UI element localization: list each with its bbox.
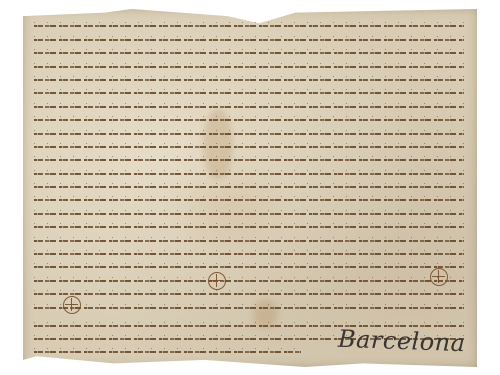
manuscript-text-block (34, 14, 464, 353)
text-line (34, 240, 464, 242)
text-line (34, 266, 464, 268)
barcelona-signature: Barcelona (338, 325, 466, 357)
text-line (34, 106, 464, 108)
text-line (34, 351, 301, 353)
text-line (34, 280, 464, 282)
text-line (34, 146, 464, 148)
text-line (34, 213, 464, 215)
signum-mark-icon (430, 268, 448, 286)
text-line (34, 253, 464, 255)
text-line (34, 226, 464, 228)
text-line (34, 159, 464, 161)
text-line (34, 52, 464, 54)
text-line (34, 186, 464, 188)
text-line (34, 25, 464, 27)
text-line (34, 66, 464, 68)
text-line (34, 119, 464, 121)
text-line (34, 293, 464, 295)
text-line (34, 199, 464, 201)
text-line (34, 92, 464, 94)
signum-mark-icon (63, 296, 81, 314)
text-line (34, 39, 464, 41)
text-line (34, 173, 464, 175)
signum-mark-icon (208, 272, 226, 290)
text-line (34, 133, 464, 135)
text-line (34, 79, 464, 81)
text-line (34, 307, 464, 309)
